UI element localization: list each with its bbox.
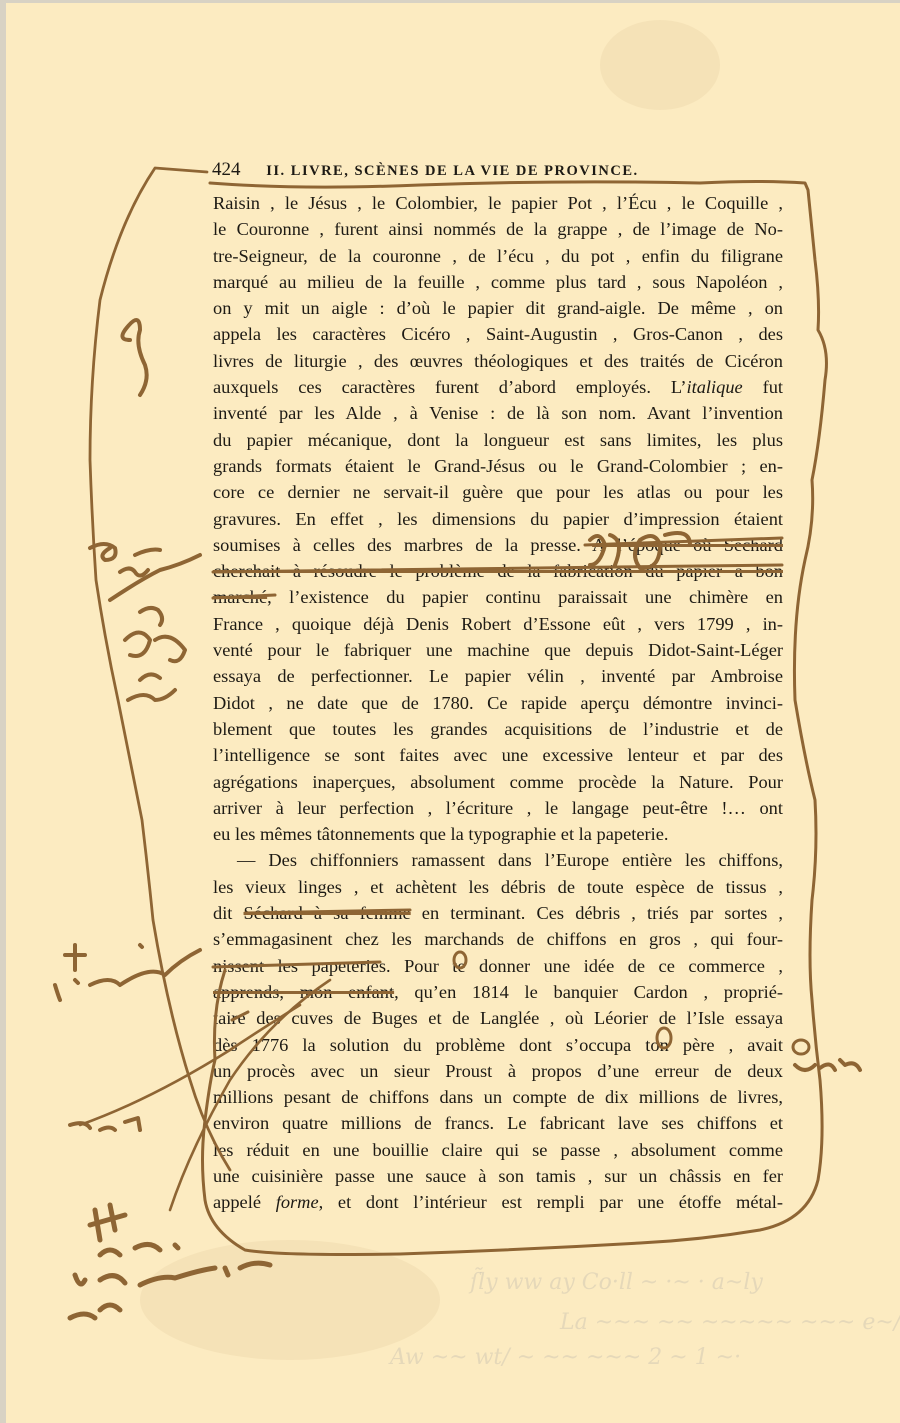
line-text: du papier mécanique, dont la longueur es… <box>213 430 783 450</box>
text-line: les vieux linges , et achètent les débri… <box>213 874 783 900</box>
bleed-through-text: La ~~~ ~~ ~~~~~ ~~~ e~/ e ~y <box>560 1310 900 1335</box>
line-text: Didot , ne date que de 1780. Ce rapide a… <box>213 693 783 713</box>
line-text: blement que toutes les grandes acquisiti… <box>213 719 783 739</box>
line-text: on y mit un aigle : d’où le papier dit g… <box>213 298 783 318</box>
text-line: Raisin , le Jésus , le Colombier, le pap… <box>213 190 783 216</box>
line-text: une cuisinière passe une sauce à son tam… <box>213 1166 783 1186</box>
struck-text: marché <box>213 587 267 607</box>
margin-note-lower <box>70 1118 140 1130</box>
text-line: Didot , ne date que de 1780. Ce rapide a… <box>213 690 783 716</box>
text-line: — Des chiffonniers ramassent dans l’Euro… <box>213 847 783 873</box>
hook-mark <box>122 320 146 395</box>
page-edge-top <box>0 0 900 3</box>
running-head-title: II. LIVRE, SCÈNES DE LA VIE DE PROVINCE. <box>266 163 638 179</box>
line-text: venté pour le fabriquer une machine que … <box>213 640 783 660</box>
text-line: arriver à leur perfection , l’écriture ,… <box>213 795 783 821</box>
text-line: nissent les papeteries. Pour te donner u… <box>213 953 783 979</box>
struck-text: Séchard à sa femme <box>244 903 411 923</box>
text-line: venté pour le fabriquer une machine que … <box>213 637 783 663</box>
line-text: Raisin , le Jésus , le Colombier, le pap… <box>213 193 783 213</box>
page-number: 424 <box>212 159 262 181</box>
text-line: du papier mécanique, dont la longueur es… <box>213 427 783 453</box>
line-text: , et dont l’intérieur est rempli par une… <box>319 1192 783 1212</box>
text-line: un procès avec un sieur Proust à propos … <box>213 1058 783 1084</box>
outline-stroke-left <box>90 168 230 1170</box>
right-circle-mark <box>793 1040 809 1054</box>
italic-text: forme <box>276 1192 319 1212</box>
text-line: appelé forme, et dont l’intérieur est re… <box>213 1189 783 1215</box>
bleed-through-text: Aw ~~ wt/ ~ ~~ ~~~ 2 ~ 1 ~· <box>390 1345 741 1370</box>
text-line: inventé par les Alde , à Venise : de là … <box>213 400 783 426</box>
text-line: France , quoique déjà Denis Robert d’Ess… <box>213 611 783 637</box>
text-line: livres de liturgie , des œuvres théologi… <box>213 348 783 374</box>
line-text: auxquels ces caractères furent d’abord e… <box>213 377 687 397</box>
paper-stain <box>140 1240 440 1360</box>
text-line: les réduit en une bouillie claire qui se… <box>213 1137 783 1163</box>
text-line: auxquels ces caractères furent d’abord e… <box>213 374 783 400</box>
line-text: un procès avec un sieur Proust à propos … <box>213 1061 783 1081</box>
text-line: le Couronne , furent ainsi nommés de la … <box>213 216 783 242</box>
line-text: appelé <box>213 1192 276 1212</box>
text-line: apprends, mon enfant, qu’en 1814 le banq… <box>213 979 783 1005</box>
line-text: millions pesant de chiffons dans un comp… <box>213 1087 783 1107</box>
margin-note-plus <box>55 945 200 1000</box>
text-line: blement que toutes les grandes acquisiti… <box>213 716 783 742</box>
line-text: core ce dernier ne servait-il guère que … <box>213 482 783 502</box>
line-text: essaya de perfectionner. Le papier vélin… <box>213 666 783 686</box>
line-text: marqué au milieu de la feuille , comme p… <box>213 272 783 292</box>
italic-text: italique <box>687 377 743 397</box>
text-line: agrégations inaperçues, absolument comme… <box>213 769 783 795</box>
text-line: cherchait à résoudre le problème de la f… <box>213 558 783 584</box>
line-text: — Des chiffonniers ramassent dans l’Euro… <box>237 850 783 870</box>
line-text: s’emmagasinent chez les marchands de chi… <box>213 929 783 949</box>
line-text: nissent les papeteries. Pour te donner u… <box>213 956 783 976</box>
text-line: gravures. En effet , les dimensions du p… <box>213 506 783 532</box>
text-line: grands formats étaient le Grand-Jésus ou… <box>213 453 783 479</box>
line-text: l’intelligence se sont faites avec une e… <box>213 745 783 765</box>
line-text: France , quoique déjà Denis Robert d’Ess… <box>213 614 783 634</box>
text-line: taire des cuves de Buges et de Langlée ,… <box>213 1005 783 1031</box>
line-text: dit <box>213 903 244 923</box>
line-text: en terminant. Ces débris , triés par sor… <box>411 903 783 923</box>
struck-text: A l’époque où Séchard <box>592 535 783 555</box>
text-line: s’emmagasinent chez les marchands de chi… <box>213 926 783 952</box>
line-text: fut <box>743 377 783 397</box>
line-text: soumises à celles des marbres de la pres… <box>213 535 592 555</box>
line-text: agrégations inaperçues, absolument comme… <box>213 772 783 792</box>
page-edge-left <box>0 0 6 1423</box>
line-text: arriver à leur perfection , l’écriture ,… <box>213 798 783 818</box>
text-line: une cuisinière passe une sauce à son tam… <box>213 1163 783 1189</box>
text-line: soumises à celles des marbres de la pres… <box>213 532 783 558</box>
text-line: dès 1776 la solution du problème dont s’… <box>213 1032 783 1058</box>
margin-note-1 <box>90 544 200 700</box>
text-line: essaya de perfectionner. Le papier vélin… <box>213 663 783 689</box>
line-text: les réduit en une bouillie claire qui se… <box>213 1140 783 1160</box>
line-text: livres de liturgie , des œuvres théologi… <box>213 351 783 371</box>
line-text: les vieux linges , et achètent les débri… <box>213 877 783 897</box>
text-line: marché, l’existence du papier continu pa… <box>213 584 783 610</box>
text-line: millions pesant de chiffons dans un comp… <box>213 1084 783 1110</box>
struck-text: cherchait à résoudre le problème de la f… <box>213 561 783 581</box>
struck-text: apprends, mon enfant <box>213 982 394 1002</box>
text-line: environ quatre millions de francs. Le fa… <box>213 1110 783 1136</box>
line-text: grands formats étaient le Grand-Jésus ou… <box>213 456 783 476</box>
line-text: tre-Seigneur, de la couronne , de l’écu … <box>213 246 783 266</box>
running-head: 424 II. LIVRE, SCÈNES DE LA VIE DE PROVI… <box>212 159 812 183</box>
text-line: l’intelligence se sont faites avec une e… <box>213 742 783 768</box>
line-text: gravures. En effet , les dimensions du p… <box>213 509 783 529</box>
line-text: , l’existence du papier continu paraissa… <box>267 587 783 607</box>
right-margin-note <box>795 1060 860 1070</box>
line-text: taire des cuves de Buges et de Langlée ,… <box>213 1008 783 1028</box>
text-line: tre-Seigneur, de la couronne , de l’écu … <box>213 243 783 269</box>
bleed-through-text: ſ̃ly ww ay Co·ll ~ ·~ · a~ly <box>470 1270 763 1295</box>
text-line: core ce dernier ne servait-il guère que … <box>213 479 783 505</box>
text-line: appela les caractères Cicéro , Saint-Aug… <box>213 321 783 347</box>
body-text: Raisin , le Jésus , le Colombier, le pap… <box>213 190 783 1216</box>
text-line: on y mit un aigle : d’où le papier dit g… <box>213 295 783 321</box>
line-text: le Couronne , furent ainsi nommés de la … <box>213 219 783 239</box>
text-line: dit Séchard à sa femme en terminant. Ces… <box>213 900 783 926</box>
line-text: environ quatre millions de francs. Le fa… <box>213 1113 783 1133</box>
text-line: marqué au milieu de la feuille , comme p… <box>213 269 783 295</box>
text-line: eu les mêmes tâtonnements que la typogra… <box>213 821 783 847</box>
paper-stain <box>600 20 720 110</box>
line-text: dès 1776 la solution du problème dont s’… <box>213 1035 783 1055</box>
line-text: inventé par les Alde , à Venise : de là … <box>213 403 783 423</box>
line-text: , qu’en 1814 le banquier Cardon , propri… <box>394 982 783 1002</box>
line-text: appela les caractères Cicéro , Saint-Aug… <box>213 324 783 344</box>
line-text: eu les mêmes tâtonnements que la typogra… <box>213 824 669 844</box>
